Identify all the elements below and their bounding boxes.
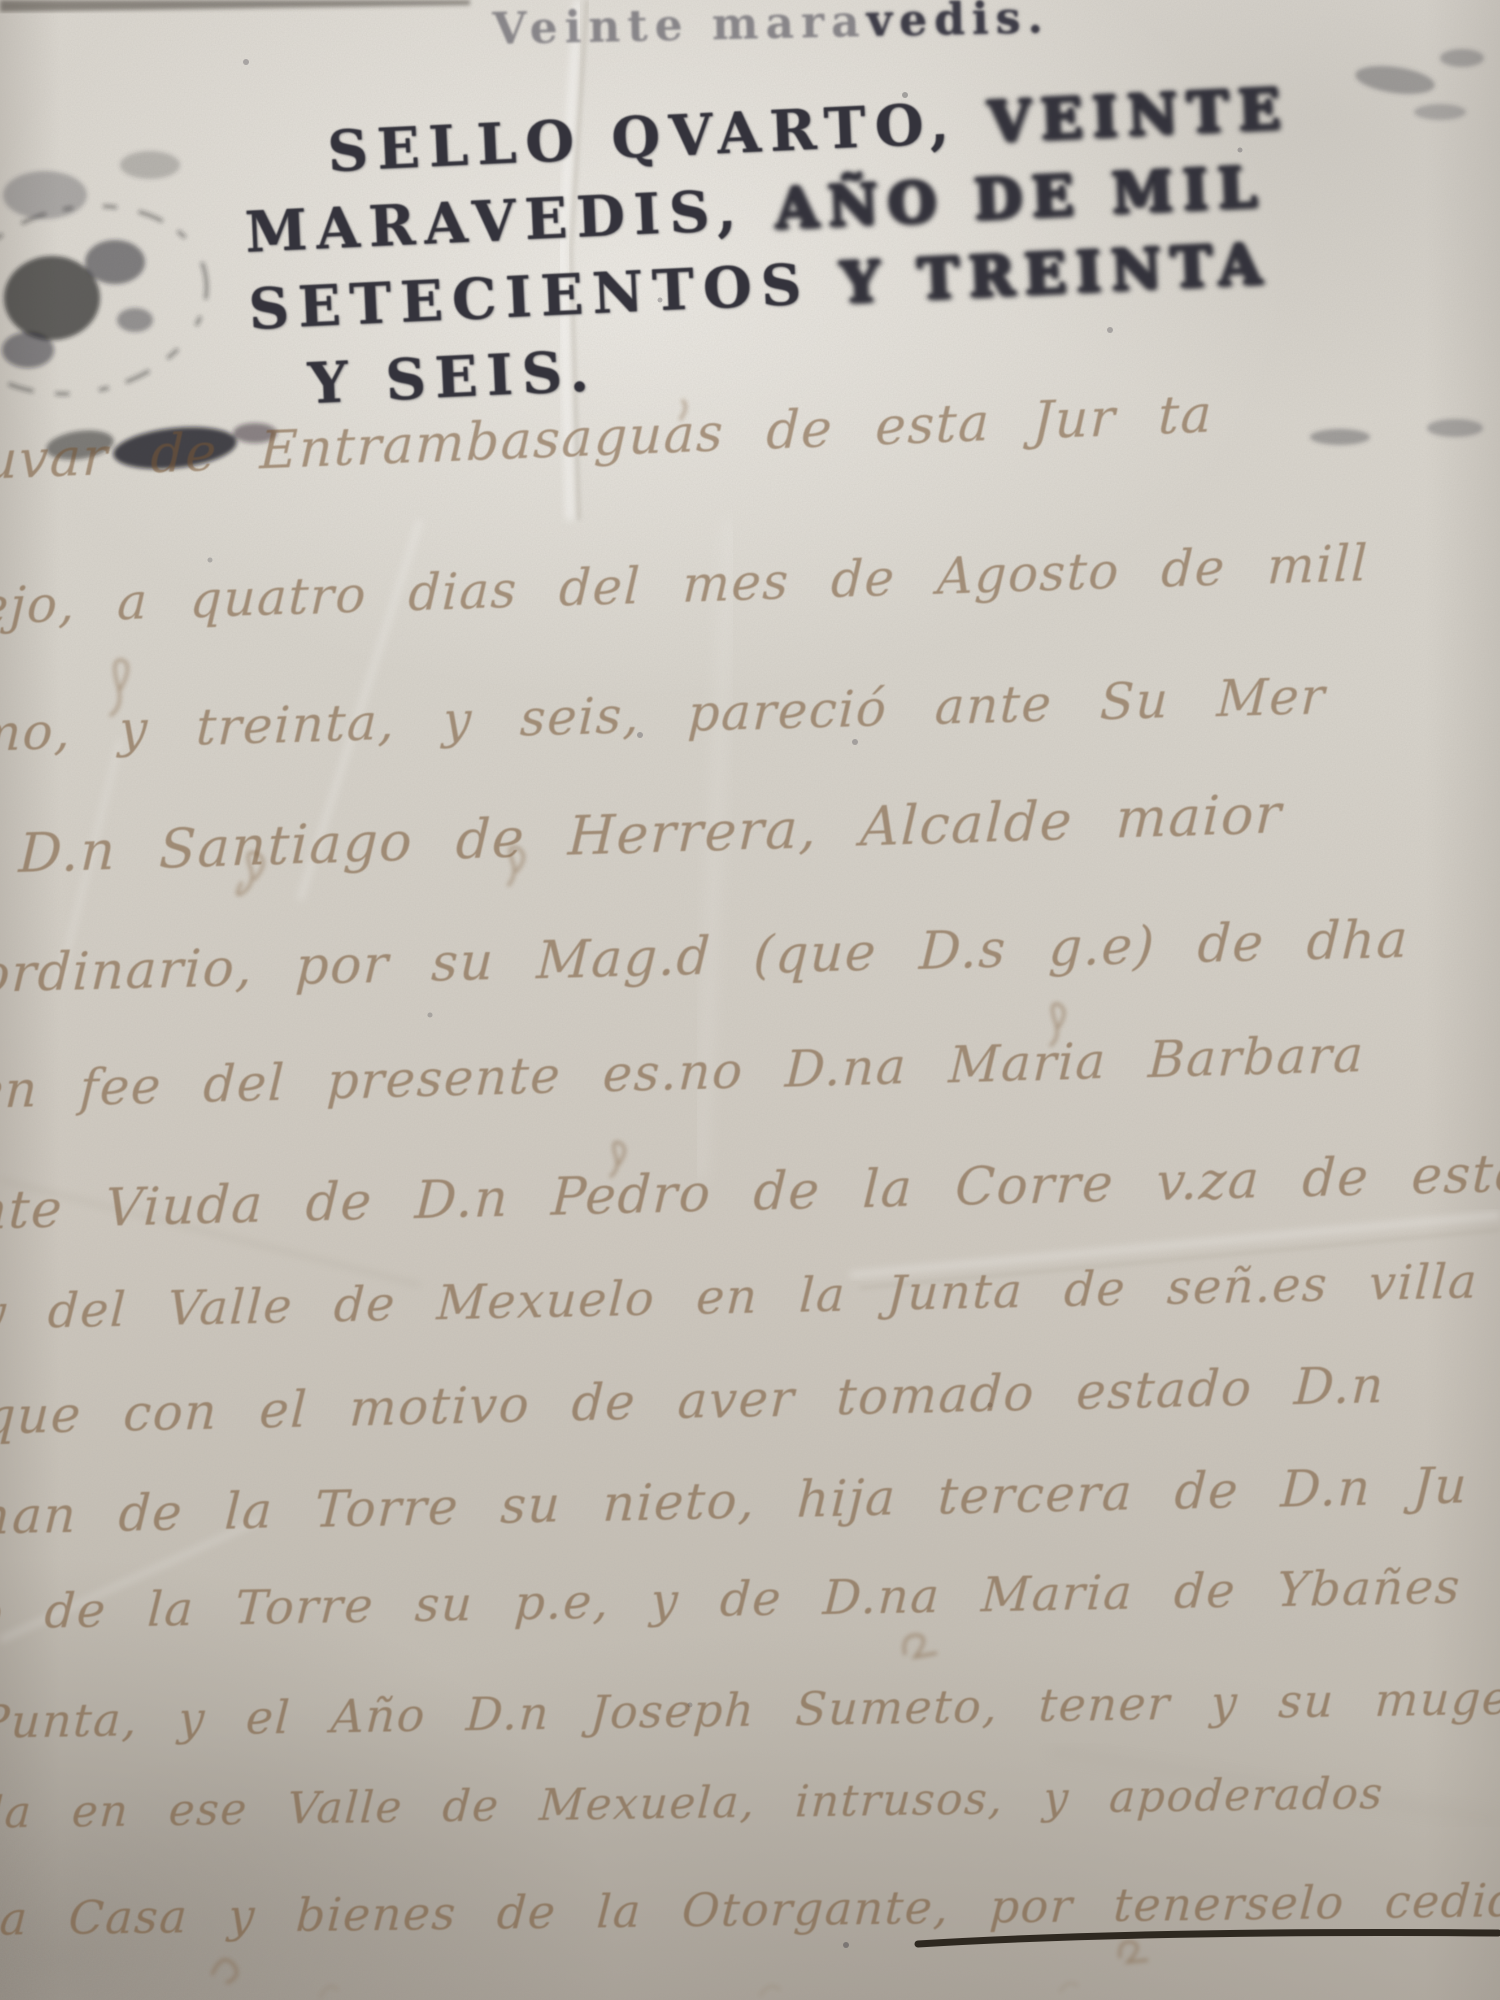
tax-stamp-block: SELLO QVARTO,VEINTE MARAVEDIS,AÑO DE MIL… xyxy=(240,70,1301,425)
top-stamp-text: Veinte mara xyxy=(492,0,867,55)
stamp-line-3-right: Y TREINTA xyxy=(839,230,1272,315)
top-stamp-text-dark: vedis. xyxy=(866,0,1050,47)
document-photo: Veinte maravedis. SELLO QVARTO,VEINTE MA… xyxy=(0,0,1500,2000)
stamp-line-1-right: VEINTE xyxy=(986,75,1291,155)
stamp-line-4-left: Y SEIS. xyxy=(307,338,599,417)
underlined-phrase: por tenerselo cedida xyxy=(988,1873,1500,1936)
